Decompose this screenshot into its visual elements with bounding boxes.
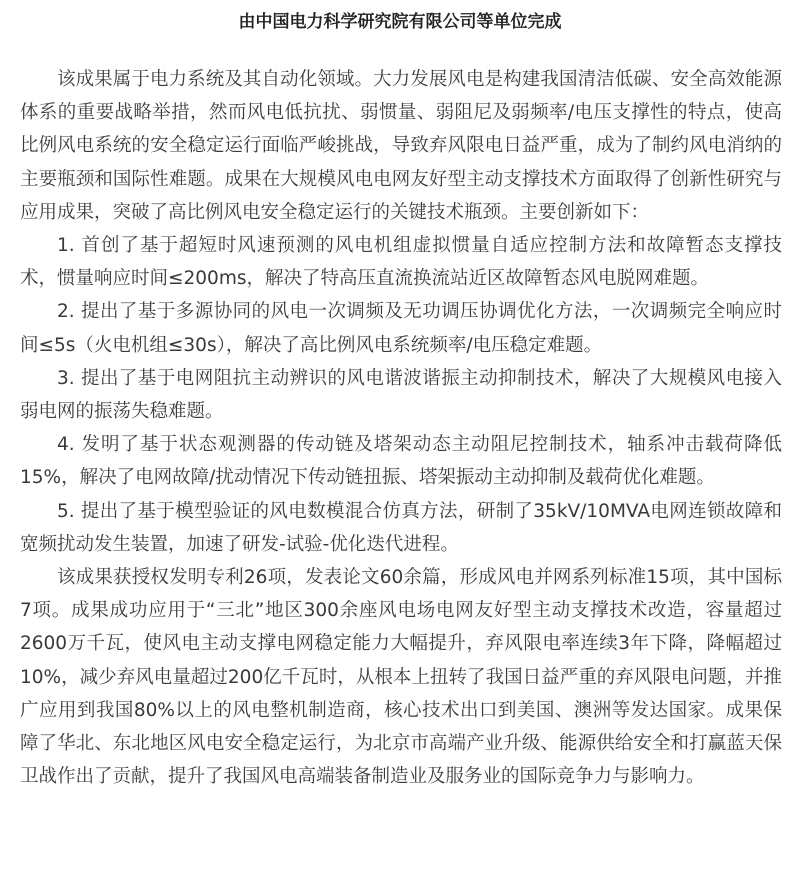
innovation-item-1: 1. 首创了基于超短时风速预测的风电机组虚拟惯量自适应控制方法和故障暂态支撑技术… [20, 229, 782, 295]
innovation-item-4: 4. 发明了基于状态观测器的传动链及塔架动态主动阻尼控制技术，轴系冲击载荷降低1… [20, 428, 782, 494]
innovation-item-5: 5. 提出了基于模型验证的风电数模混合仿真方法，研制了35kV/10MVA电网连… [20, 495, 782, 561]
document-page: 由中国电力科学研究院有限公司等单位完成 该成果属于电力系统及其自动化领域。大力发… [0, 0, 800, 884]
document-body: 该成果属于电力系统及其自动化领域。大力发展风电是构建我国清洁低碳、安全高效能源体… [20, 63, 782, 793]
innovation-item-3: 3. 提出了基于电网阻抗主动辨识的风电谐波谐振主动抑制技术，解决了大规模风电接入… [20, 362, 782, 428]
document-title: 由中国电力科学研究院有限公司等单位完成 [0, 6, 800, 38]
intro-paragraph: 该成果属于电力系统及其自动化领域。大力发展风电是构建我国清洁低碳、安全高效能源体… [20, 63, 782, 229]
innovation-item-2: 2. 提出了基于多源协同的风电一次调频及无功调压协调优化方法，一次调频完全响应时… [20, 295, 782, 361]
results-paragraph: 该成果获授权发明专利26项，发表论文60余篇，形成风电并网系列标准15项，其中国… [20, 561, 782, 793]
